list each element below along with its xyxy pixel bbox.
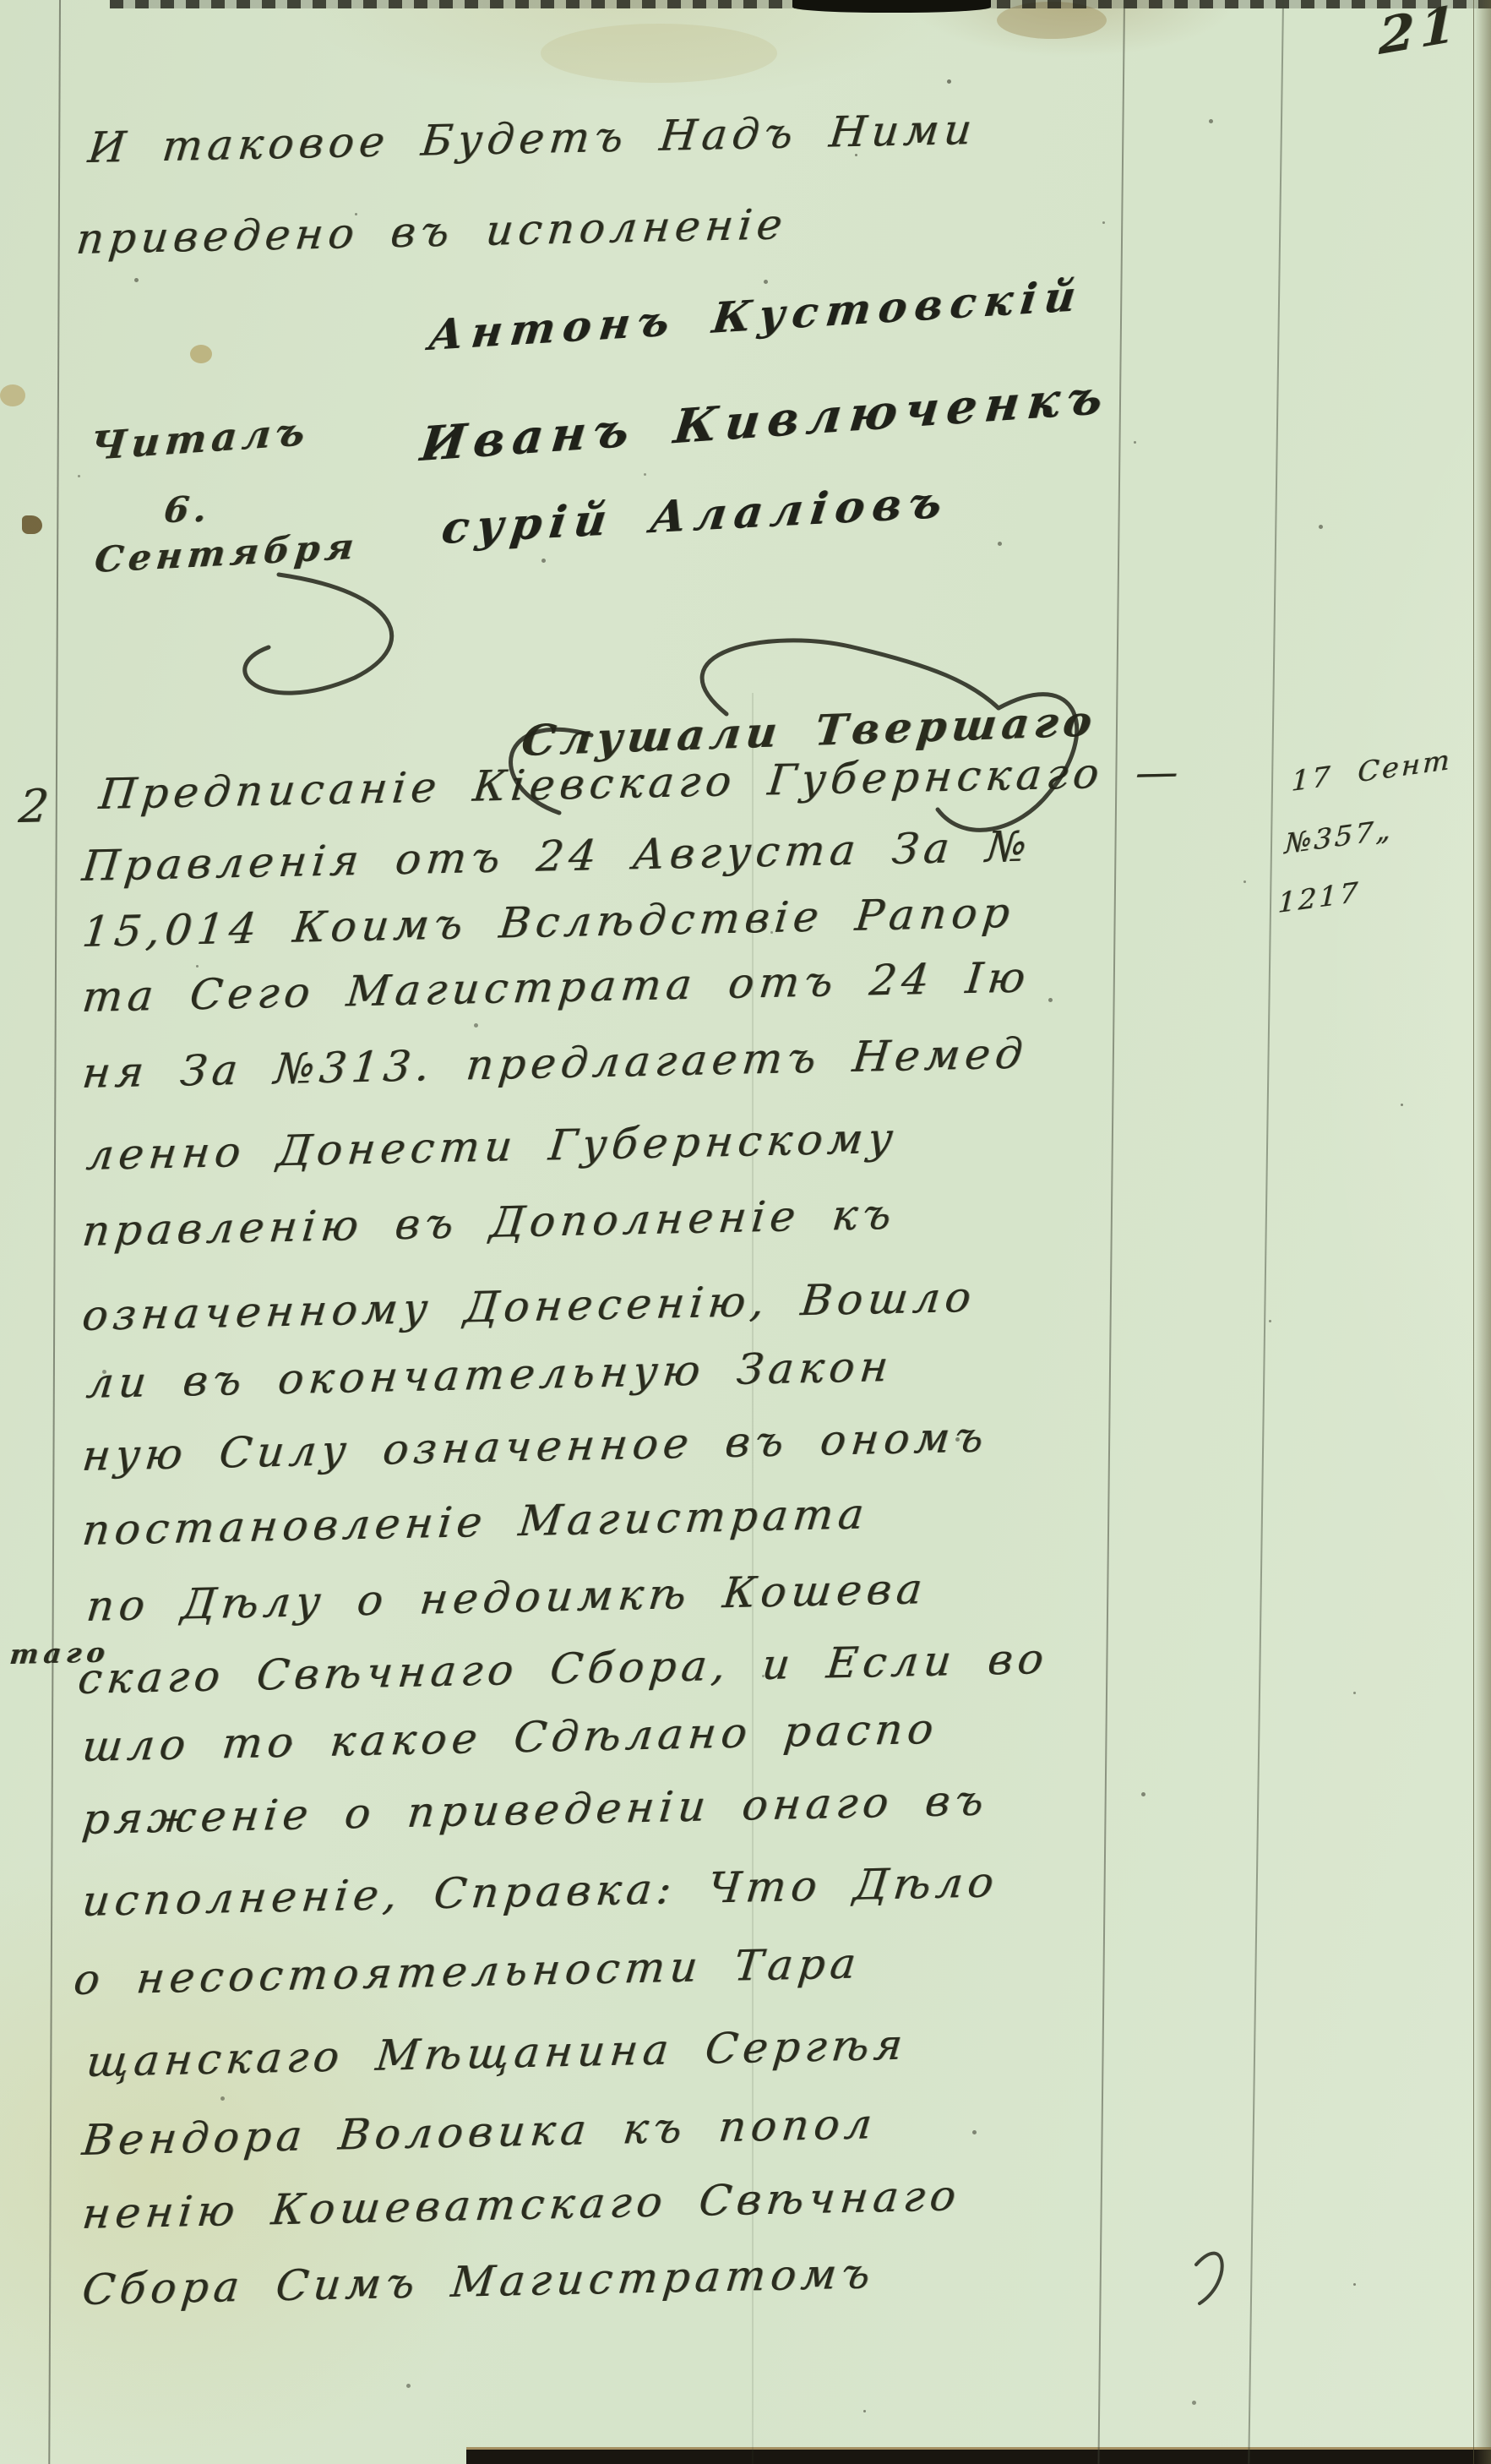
paper-stain [22, 515, 42, 534]
body-line: 15,014 Коимъ Вслѣдствіе Рапор [80, 891, 1016, 953]
body-line: ня За №313. предлагаетъ Немед [80, 1033, 1029, 1094]
far-right-rule [1248, 0, 1284, 2464]
page-bottom-edge [466, 2447, 1491, 2464]
body-line: ли въ окончательную Закон [84, 1345, 895, 1404]
entry-item-number: 2 [17, 783, 56, 830]
signature-2: Иванъ Кивлюченкъ [418, 373, 1113, 468]
margin-note-line-1: 17 Сент [1291, 745, 1452, 795]
body-line: правленію въ Дополненіе къ [80, 1193, 898, 1252]
read-note-line-3: Сентября [93, 529, 360, 578]
page-number: 21 [1379, 0, 1461, 63]
interlinear-insert: таго [8, 1639, 111, 1668]
body-line: Сбора Симъ Магистратомъ [80, 2252, 877, 2311]
body-line: та Сего Магистрата отъ 24 Ію [80, 957, 1032, 1018]
body-line: Правленія отъ 24 Августа За № [80, 826, 1033, 887]
body-line: ряженіе о приведеніи онаго въ [80, 1780, 990, 1840]
closing-line-1: И таковое Будетъ Надъ Ними [86, 108, 978, 169]
signature-1: Антонъ Кустовскій [427, 275, 1086, 357]
body-line: ную Силу означенное въ ономъ [80, 1416, 990, 1477]
read-note-line-1: Читалъ [89, 412, 311, 466]
body-line: шло то какое Сдѣлано распо [80, 1708, 940, 1768]
paper-stain [541, 24, 777, 83]
paper-stain [190, 345, 212, 363]
signature-3: сурій Алаліовъ [439, 481, 951, 551]
page-right-edge [1473, 0, 1491, 2464]
read-note-line-2: 6. [162, 492, 213, 528]
paper-speckles [0, 0, 3, 3]
body-line: скаго Свѣчнаго Сбора, и Если во [76, 1638, 1051, 1700]
manuscript-page: 21 И таковое Будетъ Надъ Ними приведено … [0, 0, 1491, 2464]
body-line: ленно Донести Губернскому [84, 1117, 900, 1176]
body-line: о несостоятельности Тара [72, 1943, 862, 2001]
closing-line-2: приведено въ исполненіе [74, 203, 789, 260]
body-line: Вендора Воловика къ попол [80, 2102, 879, 2161]
left-margin-rule [48, 0, 61, 2464]
body-line: ненію Кошеватскаго Свѣчнаго [80, 2174, 963, 2235]
body-line: означенному Донесенію, Вошло [80, 1276, 977, 1337]
paper-stain [0, 384, 25, 406]
body-line: щанскаго Мѣщанина Сергѣя [84, 2024, 909, 2083]
body-line: по Дѣлу о недоимкѣ Кошева [84, 1567, 929, 1627]
body-line: исполненіе, Справка: Что Дѣло [80, 1861, 1000, 1922]
margin-note-line-3: 1217 [1277, 878, 1361, 917]
body-line: Предписаніе Кіевскаго Губернскаго — [97, 750, 1185, 815]
margin-note-line-2: №357„ [1284, 815, 1393, 858]
page-top-edge-blot [792, 0, 991, 13]
